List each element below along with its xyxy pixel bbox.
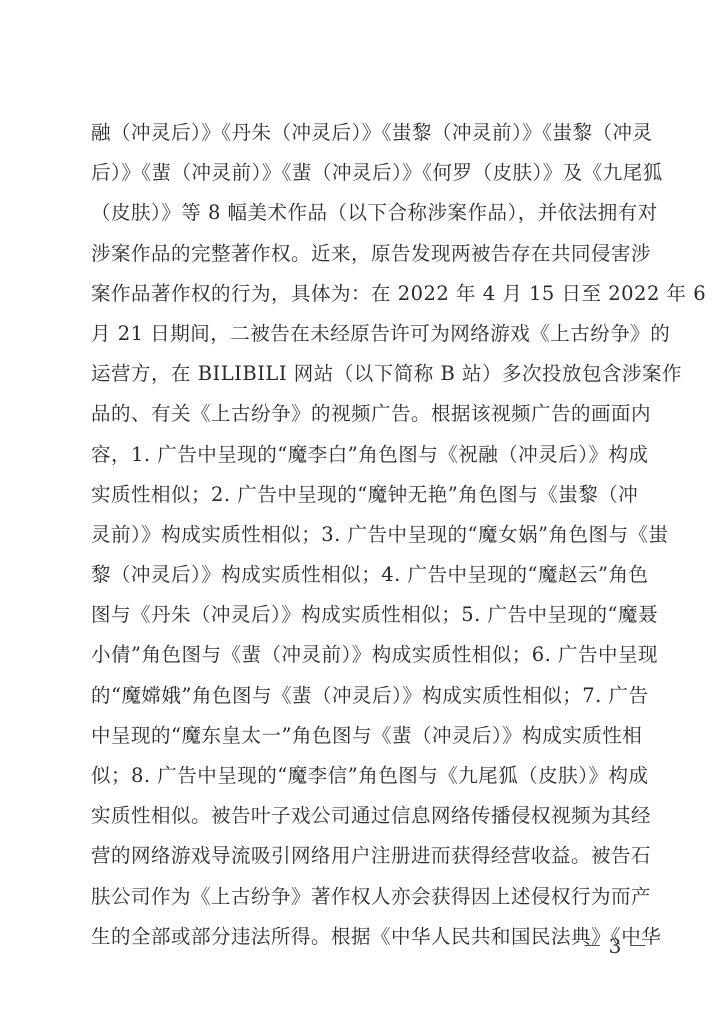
text-line: 案作品著作权的行为，具体为：在 2022 年 4 月 15 日至 2022 年 … <box>91 274 637 314</box>
text-line: 品的、有关《上古纷争》的视频广告。根据该视频广告的画面内 <box>91 394 637 434</box>
text-line: 图与《丹朱（冲灵后）》构成实质性相似；5. 广告中呈现的“魔聂 <box>91 595 637 635</box>
text-line: 生的全部或部分违法所得。根据《中华人民共和国民法典》《中华 <box>91 917 637 957</box>
text-line: 涉案作品的完整著作权。近来，原告发现两被告存在共同侵害涉 <box>91 234 637 274</box>
text-line: 似；8. 广告中呈现的“魔李信”角色图与《九尾狐（皮肤）》构成 <box>91 756 637 796</box>
text-line: 肤公司作为《上古纷争》著作权人亦会获得因上述侵权行为而产 <box>91 877 637 917</box>
text-line: 融（冲灵后）》《丹朱（冲灵后）》《蚩黎（冲灵前）》《蚩黎（冲灵 <box>91 113 637 153</box>
text-line: 月 21 日期间，二被告在未经原告许可为网络游戏《上古纷争》的 <box>91 314 637 354</box>
text-line: 实质性相似；2. 广告中呈现的“魔钟无艳”角色图与《蚩黎（冲 <box>91 475 637 515</box>
text-line: 的“魔嫦娥”角色图与《蜚（冲灵后）》构成实质性相似；7. 广告 <box>91 676 637 716</box>
text-line: 后）》《蜚（冲灵前）》《蜚（冲灵后）》《何罗（皮肤）》及《九尾狐 <box>91 153 637 193</box>
text-line: 小倩”角色图与《蜚（冲灵前）》构成实质性相似；6. 广告中呈现 <box>91 635 637 675</box>
document-page: 融（冲灵后）》《丹朱（冲灵后）》《蚩黎（冲灵前）》《蚩黎（冲灵 后）》《蜚（冲灵… <box>0 0 724 1024</box>
text-line: （皮肤）》等 8 幅美术作品（以下合称涉案作品），并依法拥有对 <box>91 193 637 233</box>
text-line: 黎（冲灵后）》构成实质性相似；4. 广告中呈现的“魔赵云”角色 <box>91 555 637 595</box>
body-paragraph: 融（冲灵后）》《丹朱（冲灵后）》《蚩黎（冲灵前）》《蚩黎（冲灵 后）》《蜚（冲灵… <box>91 113 637 957</box>
text-line: 实质性相似。被告叶子戏公司通过信息网络传播侵权视频为其经 <box>91 796 637 836</box>
text-line: 中呈现的“魔东皇太一”角色图与《蜚（冲灵后）》构成实质性相 <box>91 716 637 756</box>
text-line: 灵前）》构成实质性相似；3. 广告中呈现的“魔女娲”角色图与《蚩 <box>91 515 637 555</box>
page-number: － 3 － <box>580 930 650 959</box>
text-line: 容，1. 广告中呈现的“魔李白”角色图与《祝融（冲灵后）》构成 <box>91 435 637 475</box>
text-line: 营的网络游戏导流吸引网络用户注册进而获得经营收益。被告石 <box>91 836 637 876</box>
text-line: 运营方，在 BILIBILI 网站（以下简称 B 站）多次投放包含涉案作 <box>91 354 637 394</box>
